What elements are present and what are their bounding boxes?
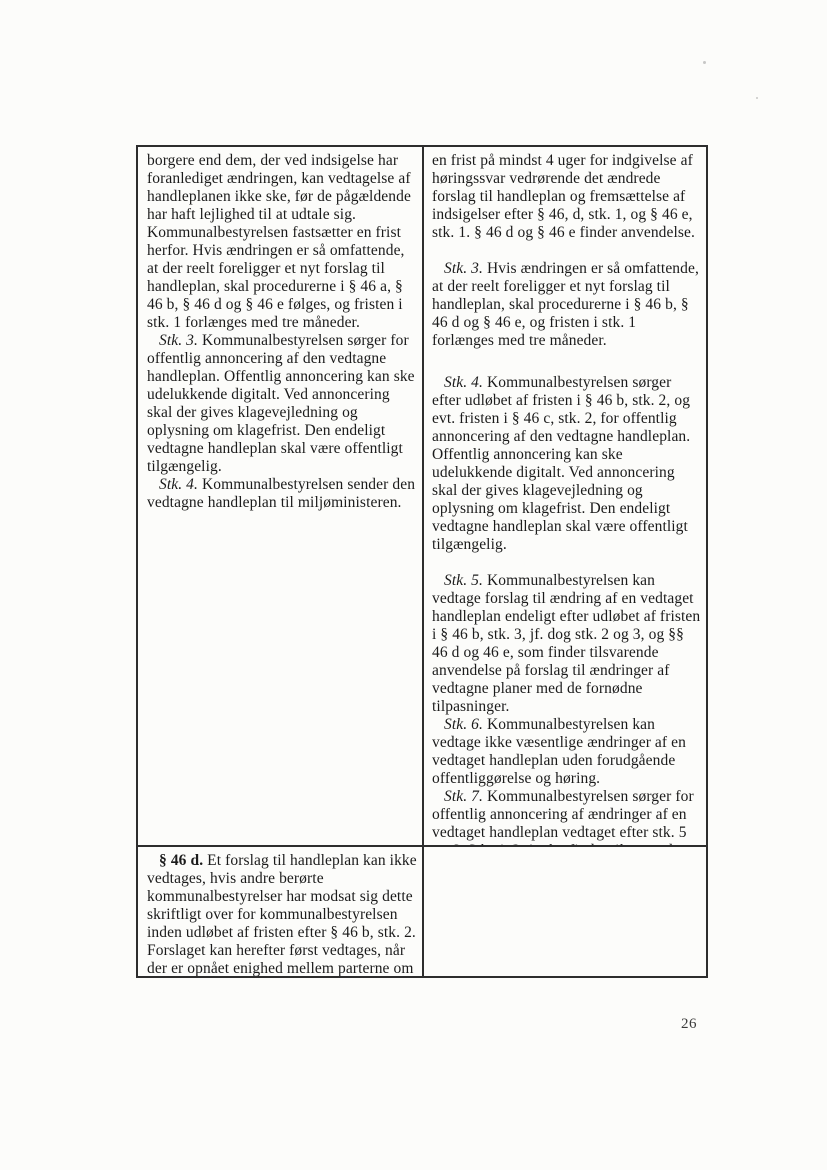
paragraph-stk-6: Stk. 6. Kommunalbestyrelsen kan vedtage … bbox=[432, 716, 702, 788]
paragraph-stk-3: Stk. 3. Hvis ændringen er så omfattende,… bbox=[432, 260, 702, 350]
paragraph-text: Kommunalbestyrelsen sørger efter udløbet… bbox=[432, 374, 690, 553]
table-cell-row2-left: § 46 d. Et forslag til handleplan kan ik… bbox=[138, 847, 424, 976]
paragraph-text: Kommunalbestyrelsen sørger for offentlig… bbox=[147, 332, 415, 475]
paragraph-text: borgere end dem, der ved indsigelse har … bbox=[147, 152, 411, 331]
paragraph-stk-7: Stk. 7. Kommunalbestyrelsen sørger for o… bbox=[432, 788, 702, 845]
paragraph-lead: § 46 d. bbox=[159, 852, 203, 869]
paragraph-lead: Stk. 5. bbox=[444, 572, 483, 589]
paragraph-46d: § 46 d. Et forslag til handleplan kan ik… bbox=[147, 852, 417, 976]
table-row: § 46 d. Et forslag til handleplan kan ik… bbox=[138, 847, 706, 976]
paragraph-text: en frist på mindst 4 uger for indgivelse… bbox=[432, 152, 695, 241]
paragraph-continuation: borgere end dem, der ved indsigelse har … bbox=[147, 152, 417, 332]
law-text-table: borgere end dem, der ved indsigelse har … bbox=[136, 145, 708, 978]
paragraph-stk-4: Stk. 4. Kommunalbestyrelsen sørger efter… bbox=[432, 374, 702, 554]
paragraph-text: Kommunalbestyrelsen kan vedtage forslag … bbox=[432, 572, 700, 715]
scanned-page: borgere end dem, der ved indsigelse har … bbox=[0, 0, 827, 1170]
paragraph-lead: Stk. 3. bbox=[444, 260, 483, 277]
table-cell-row1-right: en frist på mindst 4 uger for indgivelse… bbox=[424, 147, 706, 845]
paragraph-lead: Stk. 3. bbox=[159, 332, 198, 349]
table-cell-row2-right bbox=[424, 847, 706, 976]
paragraph-lead: Stk. 4. bbox=[159, 476, 198, 493]
paragraph-text: Et forslag til handleplan kan ikke vedta… bbox=[147, 852, 417, 976]
paragraph-continuation: en frist på mindst 4 uger for indgivelse… bbox=[432, 152, 702, 242]
table-row: borgere end dem, der ved indsigelse har … bbox=[138, 147, 706, 847]
paragraph-stk-3: Stk. 3. Kommunalbestyrelsen sørger for o… bbox=[147, 332, 417, 476]
paragraph-stk-5: Stk. 5. Kommunalbestyrelsen kan vedtage … bbox=[432, 572, 702, 716]
paragraph-lead: Stk. 7. bbox=[444, 788, 483, 805]
table-cell-row1-left: borgere end dem, der ved indsigelse har … bbox=[138, 147, 424, 845]
scan-speck bbox=[703, 61, 706, 64]
scan-speck bbox=[756, 97, 758, 99]
paragraph-lead: Stk. 6. bbox=[444, 716, 483, 733]
paragraph-stk-4: Stk. 4. Kommunalbestyrelsen sender den v… bbox=[147, 476, 417, 512]
paragraph-lead: Stk. 4. bbox=[444, 374, 483, 391]
page-number: 26 bbox=[681, 1016, 697, 1033]
